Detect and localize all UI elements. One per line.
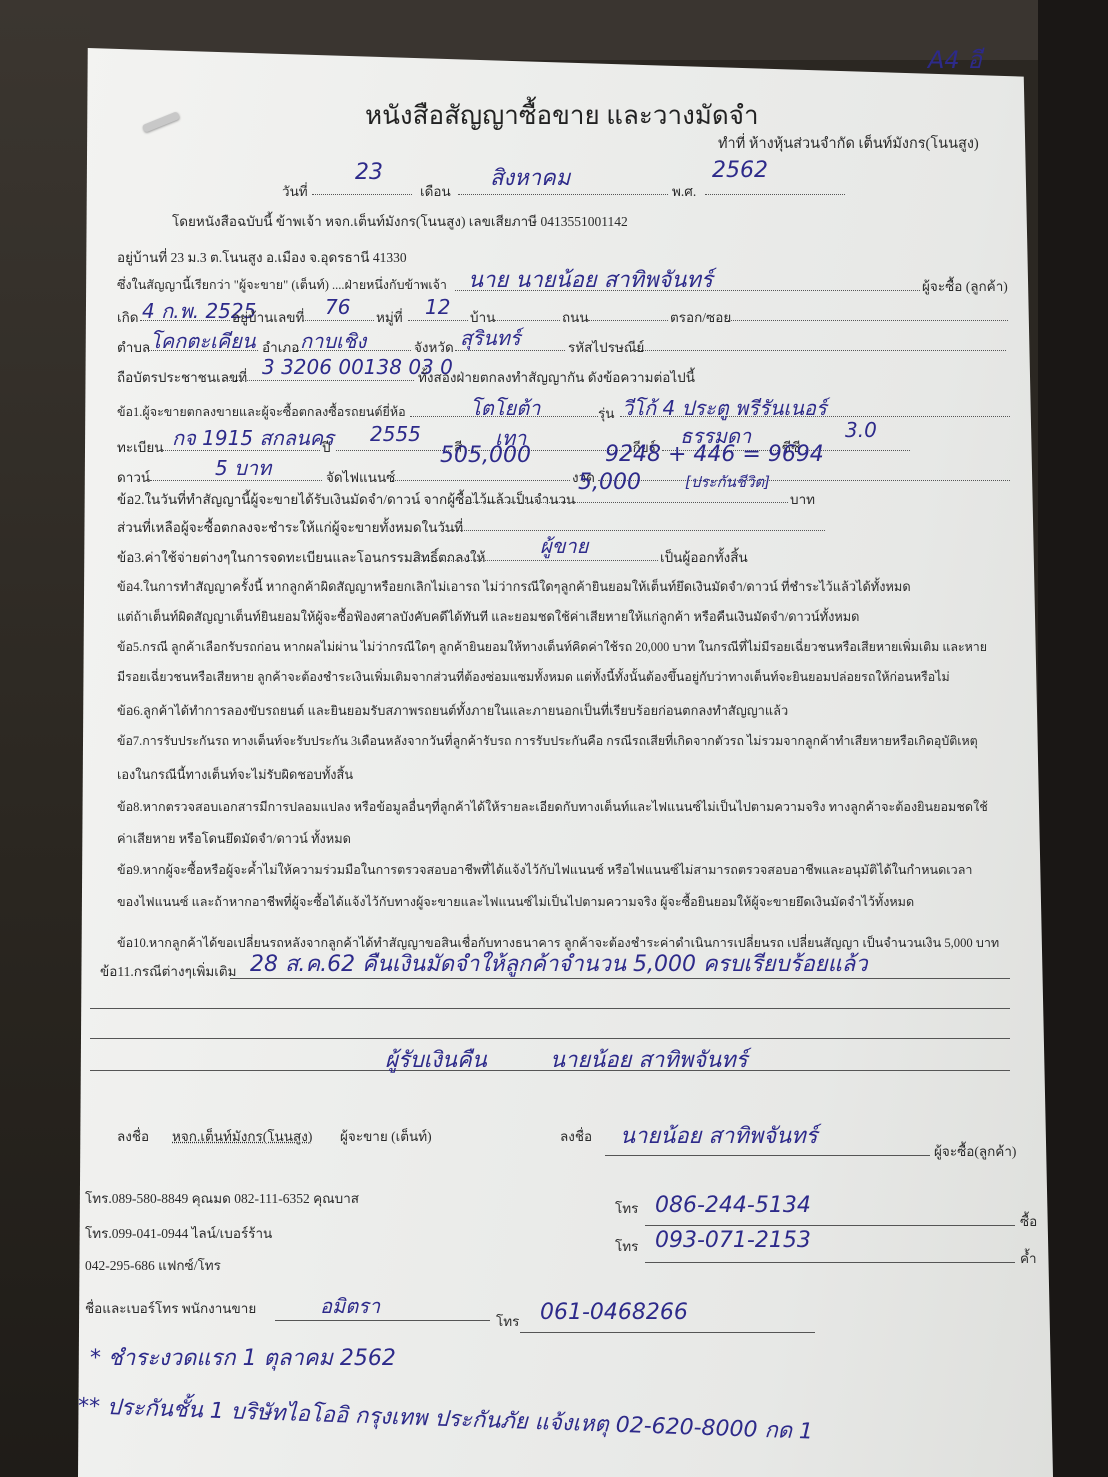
- down-label: ดาวน์: [117, 466, 150, 488]
- refund-receiver-label: ผู้รับเงินคืน: [385, 1042, 487, 1077]
- salesperson-phone[interactable]: 061-0468266: [540, 1300, 688, 1325]
- clause11-note[interactable]: 28 ส.ค.62 คืนเงินมัดจำให้ลูกค้าจำนวน 5,0…: [250, 946, 868, 981]
- clause3-suffix: เป็นผู้ออกทั้งสิ้น: [660, 546, 748, 568]
- buyer-phone[interactable]: 086-244-5134: [655, 1193, 811, 1218]
- contact-line-2: โทร.099-041-0944 ไลน์/เบอร์ร้าน: [85, 1222, 272, 1244]
- clause2b-line: [445, 530, 825, 531]
- guarantor-phone-role: ค้ำ: [1020, 1247, 1037, 1269]
- down-value[interactable]: 5 บาท: [215, 452, 271, 484]
- clause5a: ข้อ5.กรณี ลูกค้าเลือกรับรถก่อน หากผลไม่ผ…: [117, 638, 987, 657]
- salesperson-name[interactable]: อมิตรา: [320, 1290, 380, 1322]
- guarantor-phone[interactable]: 093-071-2153: [655, 1228, 811, 1253]
- buyer-suffix-label: ผู้จะซื้อ (ลูกค้า): [922, 275, 1008, 297]
- installment-value[interactable]: 9248 + 446 = 9694: [605, 442, 824, 467]
- clause6: ข้อ6.ลูกค้าได้ทำการลองขับรถยนต์ และยินยอ…: [117, 700, 788, 721]
- vehicle-year-value[interactable]: 2555: [370, 422, 421, 446]
- province-value[interactable]: สุรินทร์: [460, 322, 521, 354]
- id-line: [222, 380, 414, 381]
- id-label: ถือบัตรประชาชนเลขที่: [117, 366, 247, 388]
- cc-value[interactable]: 3.0: [845, 418, 877, 442]
- buyer-phone-role: ซื้อ: [1020, 1210, 1037, 1232]
- postcode-label: รหัสไปรษณีย์: [568, 336, 644, 358]
- clause8b: ค่าเสียหาย หรือโดนยึดมัดจำ/ดาวน์ ทั้งหมด: [117, 828, 351, 849]
- soi-label: ตรอก/ซอย: [670, 306, 731, 328]
- registration-label: ทะเบียน: [117, 436, 163, 458]
- salesperson-label: ชื่อและเบอร์โทร พนักงานขาย: [85, 1297, 256, 1319]
- contact-line-1: โทร.089-580-8849 คุณมด 082-111-6352 คุณบ…: [85, 1187, 359, 1209]
- corner-note: A4 อี: [928, 40, 982, 79]
- finance-label: จัดไฟแนนซ์: [326, 466, 395, 488]
- clause8a: ข้อ8.หากตรวจสอบเอกสารมีการปลอมแปลง หรือข…: [117, 797, 988, 817]
- id-suffix: ทั้งสองฝ่ายตกลงทำสัญญากัน ดังข้อความต่อไ…: [418, 366, 695, 388]
- document-title: หนังสือสัญญาซื้อขาย และวางมัดจำ: [365, 95, 759, 136]
- model-label: รุ่น: [598, 402, 614, 424]
- seller-name: หจก.เต็นท์มังกร(โนนสูง): [172, 1125, 312, 1147]
- clause9b: ของไฟแนนซ์ และถ้าหากอาชีพที่ผู้จะซื้อได้…: [117, 892, 914, 912]
- clause11-line-3: [90, 1038, 1010, 1039]
- year-value[interactable]: 2562: [712, 158, 768, 183]
- postcode-line: [636, 350, 1006, 351]
- soi-line: [728, 320, 1008, 321]
- seller-role: ผู้จะขาย (เต็นท์): [340, 1125, 432, 1147]
- village-line: [495, 320, 560, 321]
- clause2b-label: ส่วนที่เหลือผู้จะซื้อตกลงจะชำระให้แก่ผู้…: [117, 516, 463, 538]
- day-value[interactable]: 23: [355, 160, 383, 185]
- salesperson-phone-line: [520, 1332, 815, 1333]
- clause3-line: [413, 560, 658, 561]
- subdistrict-value[interactable]: โคกตะเคียน: [150, 325, 256, 357]
- registration-value[interactable]: กจ 1915 สกลนคร: [172, 422, 334, 454]
- subdistrict-label: ตำบล: [117, 336, 150, 358]
- moo-label: หมู่ที่: [376, 306, 403, 328]
- seller-sign-label: ลงชื่อ: [117, 1125, 149, 1147]
- clause2-label: ข้อ2.ในวันที่ทำสัญญานี้ผู้จะขายได้รับเงิ…: [117, 488, 575, 510]
- clause4b: แต่ถ้าเต็นท์ผิดสัญญาเต็นท์ยินยอมให้ผู้จะ…: [117, 606, 860, 627]
- clause4a: ข้อ4.ในการทำสัญญาครั้งนี้ หากลูกค้าผิดสั…: [117, 576, 911, 597]
- clause7b: เองในกรณีนี้ทางเต็นท์จะไม่รับผิดชอบทั้งส…: [117, 764, 353, 785]
- year-label: พ.ศ.: [672, 180, 696, 202]
- buyer-phone-line: [645, 1225, 1015, 1226]
- background-right: [1038, 0, 1108, 1477]
- deposit-value[interactable]: 5,000: [578, 470, 641, 495]
- buyer-sign-label: ลงชื่อ: [560, 1125, 592, 1147]
- moo-value[interactable]: 12: [425, 295, 450, 319]
- birth-label: เกิด: [117, 306, 139, 328]
- salesperson-phone-label: โทร: [496, 1310, 519, 1332]
- finance-line: [392, 480, 570, 481]
- brand-value[interactable]: โตโยต้า: [470, 392, 540, 424]
- clause9a: ข้อ9.หากผู้จะซื้อหรือผู้จะค้ำไม่ให้ความร…: [117, 860, 972, 880]
- month-label: เดือน: [420, 180, 451, 202]
- guarantor-phone-line: [645, 1262, 1015, 1263]
- buyer-sign-line: [605, 1155, 930, 1156]
- clause11-line-2: [90, 1008, 1010, 1009]
- clause2-suffix: บาท: [790, 488, 815, 510]
- day-field-line: [312, 194, 412, 195]
- guarantor-phone-label: โทร: [615, 1235, 638, 1257]
- refund-receiver-signature[interactable]: นายน้อย สาทิพจันทร์: [550, 1042, 747, 1077]
- made-at: ทำที่ ห้างหุ้นส่วนจำกัด เต็นท์มังกร(โนนส…: [718, 132, 979, 155]
- background-left: [0, 0, 90, 1477]
- clause1-label: ข้อ1.ผู้จะขายตกลงขายและผู้จะซื้อตกลงซื้อ…: [117, 402, 406, 422]
- clause11-label: ข้อ11.กรณีต่างๆเพิ่มเติม: [100, 960, 237, 982]
- buyer-role: ผู้จะซื้อ(ลูกค้า): [934, 1140, 1016, 1162]
- installment-line: [598, 480, 1010, 481]
- clause3-value[interactable]: ผู้ขาย: [540, 530, 588, 562]
- day-label: วันที่: [282, 180, 308, 202]
- seller-address: อยู่บ้านที่ 23 ม.3 ต.โนนสูง อ.เมือง จ.อุ…: [117, 246, 407, 268]
- buyer-signature[interactable]: นายน้อย สาทิพจันทร์: [620, 1118, 817, 1153]
- salesperson-name-line: [275, 1320, 490, 1321]
- clause7a: ข้อ7.การรับประกันรถ ทางเต็นท์จะรับประกัน…: [117, 732, 978, 751]
- vehicle-year-line: [336, 450, 451, 451]
- clause5b: มีรอยเฉี่ยวชนหรือเสียหาย ลูกค้าจะต้องชำร…: [117, 668, 950, 687]
- buyer-prefix-label: ซึ่งในสัญญานี้เรียกว่า "ผู้จะขาย" (เต็นท…: [117, 275, 447, 295]
- clause3-label: ข้อ3.ค่าใช้จ่ายต่างๆในการจดทะเบียนและโอน…: [117, 546, 485, 568]
- month-value[interactable]: สิงหาคม: [490, 160, 570, 195]
- district-value[interactable]: กาบเชิง: [300, 325, 366, 357]
- intro-line: โดยหนังสือฉบับนี้ ข้าพเจ้า หจก.เต็นท์มัง…: [172, 210, 628, 232]
- buyer-phone-label: โทร: [615, 1197, 638, 1219]
- vehicle-year-label: ปี: [322, 436, 331, 458]
- road-label: ถนน: [562, 306, 589, 328]
- contact-line-3: 042-295-686 แฟกซ์/โทร: [85, 1254, 221, 1276]
- finance-value[interactable]: 505,000: [440, 443, 531, 468]
- year-field-line: [705, 194, 845, 195]
- house-no-line: [302, 320, 374, 321]
- house-no-value[interactable]: 76: [325, 295, 350, 319]
- road-line: [588, 320, 668, 321]
- buyer-name[interactable]: นาย นายน้อย สาทิพจันทร์: [468, 262, 713, 297]
- handwritten-note-1[interactable]: * ชำระงวดแรก 1 ตุลาคม 2562: [90, 1340, 396, 1375]
- clause2-line: [470, 502, 788, 503]
- moo-line: [408, 320, 468, 321]
- installment-note[interactable]: [ประกันชีวิต]: [685, 470, 770, 494]
